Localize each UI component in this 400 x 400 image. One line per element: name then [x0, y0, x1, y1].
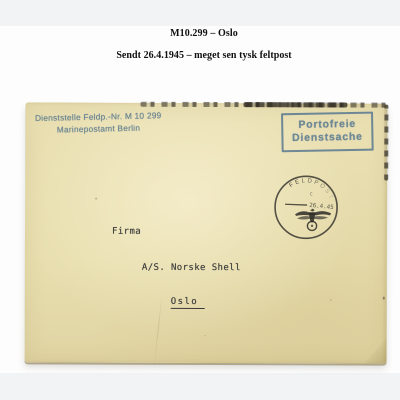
torn-edge-right	[384, 105, 388, 181]
torn-edge-top-dark	[243, 102, 347, 107]
address-line-company: A/S. Norske Shell	[142, 263, 241, 273]
feldpost-postmark: FELDPOST c 26.4.45	[266, 167, 346, 247]
paper-speck	[205, 335, 206, 336]
postmark-dash	[285, 204, 307, 205]
portofreie-line2: Dienstsache	[283, 131, 371, 146]
paper-speck	[95, 198, 97, 200]
page-title: M10.299 – Oslo	[4, 28, 400, 40]
envelope-cover: Dienststelle Feldp.-Nr. M 10 299 Marinep…	[25, 102, 388, 363]
eagle-emblem	[295, 209, 331, 231]
screenshot-root: M10.299 – Oslo Sendt 26.4.1945 – meget s…	[0, 0, 400, 400]
portofreie-box-stamp: Portofreie Dienstsache	[281, 112, 374, 153]
postmark-letter: c	[309, 191, 312, 197]
paper-speck	[383, 297, 385, 300]
page-subtitle: Sendt 26.4.1945 – meget sen tysk feltpos…	[4, 50, 400, 62]
address-line-city: Oslo	[171, 297, 205, 309]
paper-crease	[153, 291, 162, 369]
paper-speck	[330, 299, 332, 300]
address-line-firma: Firma	[112, 227, 141, 237]
sender-handstamp: Dienststelle Feldp.-Nr. M 10 299 Marinep…	[30, 109, 167, 136]
folded-corner	[365, 338, 387, 364]
